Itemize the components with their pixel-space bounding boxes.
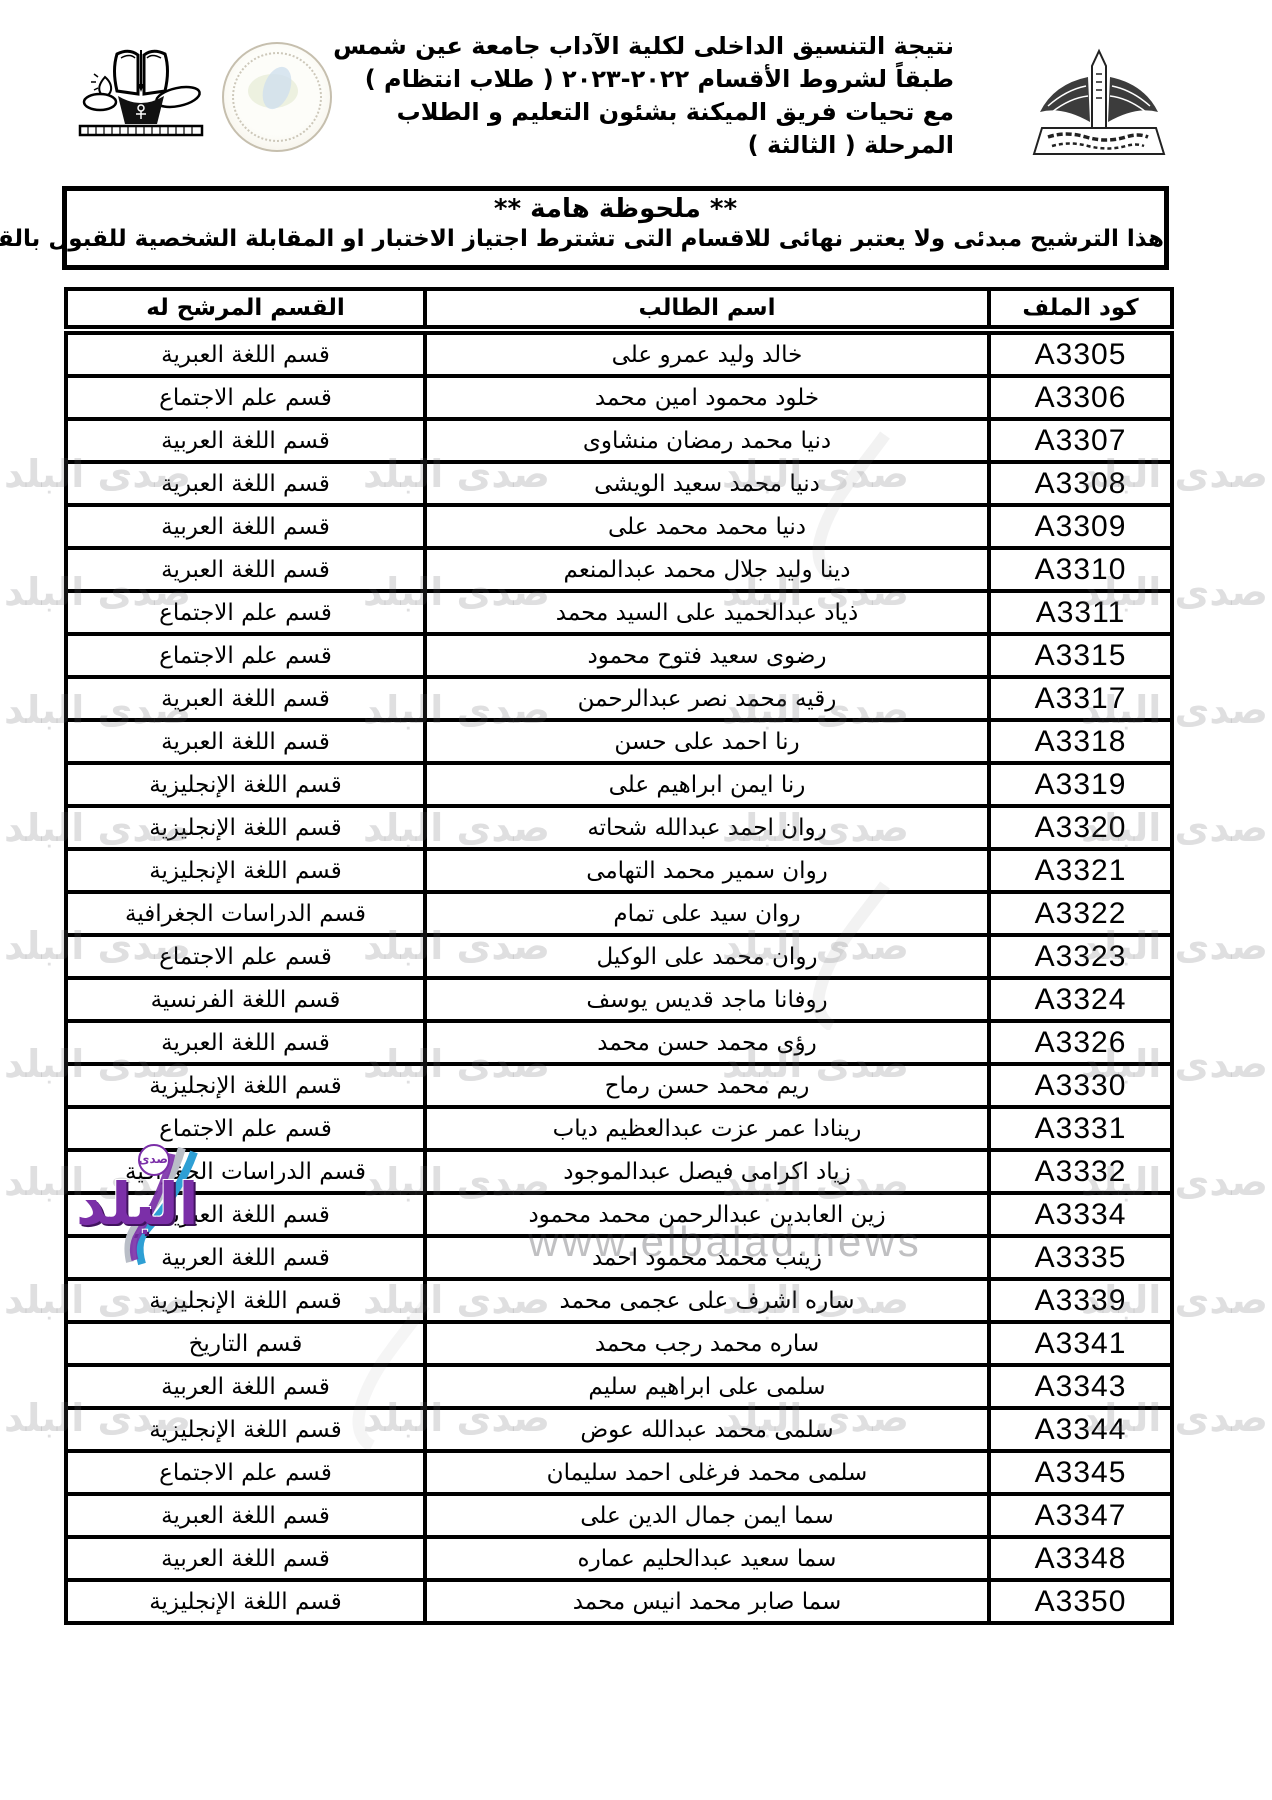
department-cell: قسم علم الاجتماع [66,376,425,419]
student-name-cell: روان محمد على الوكيل [425,935,989,978]
student-name-cell: سلمى محمد فرغلى احمد سليمان [425,1451,989,1494]
important-notice-box: ** ملحوظة هامة ** هذا الترشيح مبدئى ولا … [62,186,1169,270]
department-cell: قسم اللغة العربية [66,1537,425,1580]
notice-body: هذا الترشيح مبدئى ولا يعتبر نهائى للاقسا… [67,226,1164,252]
student-name-cell: دنيا محمد رمضان منشاوى [425,419,989,462]
student-name-cell: ذياد عبدالحميد على السيد محمد [425,591,989,634]
file-code-cell: A3331 [989,1107,1172,1150]
department-cell: قسم اللغة العبرية [66,677,425,720]
file-code-cell: A3318 [989,720,1172,763]
table-row: A3350 سما صابر محمد انيس محمد قسم اللغة … [66,1580,1172,1623]
table-row: A3305 خالد وليد عمرو على قسم اللغة العبر… [66,333,1172,376]
ain-shams-university-obelisk-icon [1026,48,1172,158]
file-code-cell: A3322 [989,892,1172,935]
department-cell: قسم علم الاجتماع [66,1451,425,1494]
file-code-cell: A3335 [989,1236,1172,1279]
student-name-cell: دينا وليد جلال محمد عبدالمنعم [425,548,989,591]
file-code-cell: A3315 [989,634,1172,677]
file-code-cell: A3323 [989,935,1172,978]
file-code-cell: A3305 [989,333,1172,376]
department-cell: قسم اللغة العبرية [66,1021,425,1064]
department-cell: قسم الدراسات الجغرافية [66,1150,425,1193]
student-name-cell: روفانا ماجد قديس يوسف [425,978,989,1021]
department-cell: قسم اللغة الإنجليزية [66,1064,425,1107]
student-name-cell: ساره اشرف على عجمى محمد [425,1279,989,1322]
student-name-cell: سما ايمن جمال الدين على [425,1494,989,1537]
file-code-cell: A3332 [989,1150,1172,1193]
student-name-cell: ساره محمد رجب محمد [425,1322,989,1365]
student-name-cell: روان احمد عبدالله شحاته [425,806,989,849]
table-row: A3322 روان سيد على تمام قسم الدراسات الج… [66,892,1172,935]
department-cell: قسم اللغة العبرية [66,333,425,376]
department-cell: قسم علم الاجتماع [66,1107,425,1150]
student-name-cell: سلمى على ابراهيم سليم [425,1365,989,1408]
page: نتيجة التنسيق الداخلى لكلية الآداب جامعة… [0,0,1272,1800]
table-row: A3332 زياد اكرامى فيصل عبدالموجود قسم ال… [66,1150,1172,1193]
student-name-cell: سما صابر محمد انيس محمد [425,1580,989,1623]
file-code-cell: A3309 [989,505,1172,548]
department-cell: قسم علم الاجتماع [66,634,425,677]
header-row: كود الملف اسم الطالب القسم المرشح له [66,289,1172,327]
file-code-cell: A3344 [989,1408,1172,1451]
table-row: A3308 دنيا محمد سعيد الويشى قسم اللغة ال… [66,462,1172,505]
page-title-line: نتيجة التنسيق الداخلى لكلية الآداب جامعة… [290,30,954,63]
page-title-line: المرحلة ( الثالثة ) [290,129,954,162]
department-cell: قسم اللغة الإنجليزية [66,806,425,849]
department-cell: قسم علم الاجتماع [66,935,425,978]
student-name-cell: دنيا محمد سعيد الويشى [425,462,989,505]
table-row: A3330 ريم محمد حسن رماح قسم اللغة الإنجل… [66,1064,1172,1107]
department-cell: قسم اللغة العربية [66,1236,425,1279]
student-name-cell: رضوى سعيد فتوح محمود [425,634,989,677]
table-row: A3335 زينب محمد محمود احمد قسم اللغة الع… [66,1236,1172,1279]
table-row: A3323 روان محمد على الوكيل قسم علم الاجت… [66,935,1172,978]
table-row: A3331 رينادا عمر عزت عبدالعظيم دياب قسم … [66,1107,1172,1150]
department-cell: قسم اللغة العبرية [66,548,425,591]
student-name-cell: رينادا عمر عزت عبدالعظيم دياب [425,1107,989,1150]
student-name-cell: سلمى محمد عبدالله عوض [425,1408,989,1451]
file-code-cell: A3310 [989,548,1172,591]
file-code-cell: A3348 [989,1537,1172,1580]
student-name-cell: رنا ايمن ابراهيم على [425,763,989,806]
department-cell: قسم اللغة الإنجليزية [66,849,425,892]
table-row: A3343 سلمى على ابراهيم سليم قسم اللغة ال… [66,1365,1172,1408]
department-cell: قسم التاريخ [66,1322,425,1365]
file-code-cell: A3334 [989,1193,1172,1236]
student-name-cell: روان سمير محمد التهامى [425,849,989,892]
file-code-cell: A3306 [989,376,1172,419]
student-name-cell: خلود محمود امين محمد [425,376,989,419]
table-row: A3306 خلود محمود امين محمد قسم علم الاجت… [66,376,1172,419]
table-row: A3321 روان سمير محمد التهامى قسم اللغة ا… [66,849,1172,892]
department-cell: قسم اللغة العبرية [66,462,425,505]
results-table: A3305 خالد وليد عمرو على قسم اللغة العبر… [64,331,1174,1625]
file-code-cell: A3308 [989,462,1172,505]
student-name-cell: سما سعيد عبدالحليم عماره [425,1537,989,1580]
student-name-cell: خالد وليد عمرو على [425,333,989,376]
department-cell: قسم اللغة العبرية [66,1193,425,1236]
table-row: A3347 سما ايمن جمال الدين على قسم اللغة … [66,1494,1172,1537]
department-cell: قسم اللغة العبرية [66,720,425,763]
student-name-cell: رقيه محمد نصر عبدالرحمن [425,677,989,720]
file-code-cell: A3324 [989,978,1172,1021]
file-code-cell: A3345 [989,1451,1172,1494]
department-cell: قسم اللغة الفرنسية [66,978,425,1021]
table-row: A3310 دينا وليد جلال محمد عبدالمنعم قسم … [66,548,1172,591]
file-code-cell: A3339 [989,1279,1172,1322]
department-cell: قسم اللغة العربية [66,1365,425,1408]
table-row: A3307 دنيا محمد رمضان منشاوى قسم اللغة ا… [66,419,1172,462]
department-cell: قسم اللغة الإنجليزية [66,1279,425,1322]
page-title: نتيجة التنسيق الداخلى لكلية الآداب جامعة… [290,30,954,162]
page-title-line: طبقاً لشروط الأقسام ٢٠٢٢-٢٠٢٣ ( طلاب انت… [290,63,954,96]
table-row: A3319 رنا ايمن ابراهيم على قسم اللغة الإ… [66,763,1172,806]
notice-title: ** ملحوظة هامة ** [67,194,1164,224]
file-code-cell: A3319 [989,763,1172,806]
student-name-cell: ريم محمد حسن رماح [425,1064,989,1107]
faculty-of-arts-book-lamp-icon [74,40,208,140]
table-row: A3324 روفانا ماجد قديس يوسف قسم اللغة ال… [66,978,1172,1021]
file-code-cell: A3326 [989,1021,1172,1064]
file-code-cell: A3347 [989,1494,1172,1537]
student-name-cell: دنيا محمد محمد على [425,505,989,548]
student-name-cell: زينب محمد محمود احمد [425,1236,989,1279]
department-cell: قسم اللغة العربية [66,419,425,462]
file-code-cell: A3321 [989,849,1172,892]
department-cell: قسم اللغة العبرية [66,1494,425,1537]
file-code-cell: A3311 [989,591,1172,634]
table-row: A3345 سلمى محمد فرغلى احمد سليمان قسم عل… [66,1451,1172,1494]
department-cell: قسم اللغة الإنجليزية [66,763,425,806]
file-code-cell: A3330 [989,1064,1172,1107]
table-row: A3320 روان احمد عبدالله شحاته قسم اللغة … [66,806,1172,849]
table-row: A3317 رقيه محمد نصر عبدالرحمن قسم اللغة … [66,677,1172,720]
table-row: A3311 ذياد عبدالحميد على السيد محمد قسم … [66,591,1172,634]
student-name-cell: رؤى محمد حسن محمد [425,1021,989,1064]
table-row: A3341 ساره محمد رجب محمد قسم التاريخ [66,1322,1172,1365]
department-cell: قسم اللغة الإنجليزية [66,1580,425,1623]
file-code-cell: A3320 [989,806,1172,849]
file-code-cell: A3350 [989,1580,1172,1623]
table-row: A3318 رنا احمد على حسن قسم اللغة العبرية [66,720,1172,763]
page-title-line: مع تحيات فريق الميكنة بشئون التعليم و ال… [290,96,954,129]
table-row: A3326 رؤى محمد حسن محمد قسم اللغة العبري… [66,1021,1172,1064]
department-cell: قسم الدراسات الجغرافية [66,892,425,935]
department-cell: قسم علم الاجتماع [66,591,425,634]
file-code-cell: A3307 [989,419,1172,462]
table-row: A3334 زين العابدين عبدالرحمن محمد محمود … [66,1193,1172,1236]
table-row: A3348 سما سعيد عبدالحليم عماره قسم اللغة… [66,1537,1172,1580]
results-table-body: A3305 خالد وليد عمرو على قسم اللغة العبر… [66,333,1172,1623]
student-name-cell: زياد اكرامى فيصل عبدالموجود [425,1150,989,1193]
table-row: A3339 ساره اشرف على عجمى محمد قسم اللغة … [66,1279,1172,1322]
department-cell: قسم اللغة الإنجليزية [66,1408,425,1451]
results-table-header: كود الملف اسم الطالب القسم المرشح له [64,287,1174,329]
student-name-cell: رنا احمد على حسن [425,720,989,763]
column-header-file-code: كود الملف [989,289,1172,327]
department-cell: قسم اللغة العربية [66,505,425,548]
table-row: A3315 رضوى سعيد فتوح محمود قسم علم الاجت… [66,634,1172,677]
file-code-cell: A3341 [989,1322,1172,1365]
column-header-student-name: اسم الطالب [425,289,989,327]
file-code-cell: A3317 [989,677,1172,720]
column-header-department: القسم المرشح له [66,289,425,327]
file-code-cell: A3343 [989,1365,1172,1408]
student-name-cell: زين العابدين عبدالرحمن محمد محمود [425,1193,989,1236]
table-row: A3344 سلمى محمد عبدالله عوض قسم اللغة ال… [66,1408,1172,1451]
table-row: A3309 دنيا محمد محمد على قسم اللغة العرب… [66,505,1172,548]
student-name-cell: روان سيد على تمام [425,892,989,935]
